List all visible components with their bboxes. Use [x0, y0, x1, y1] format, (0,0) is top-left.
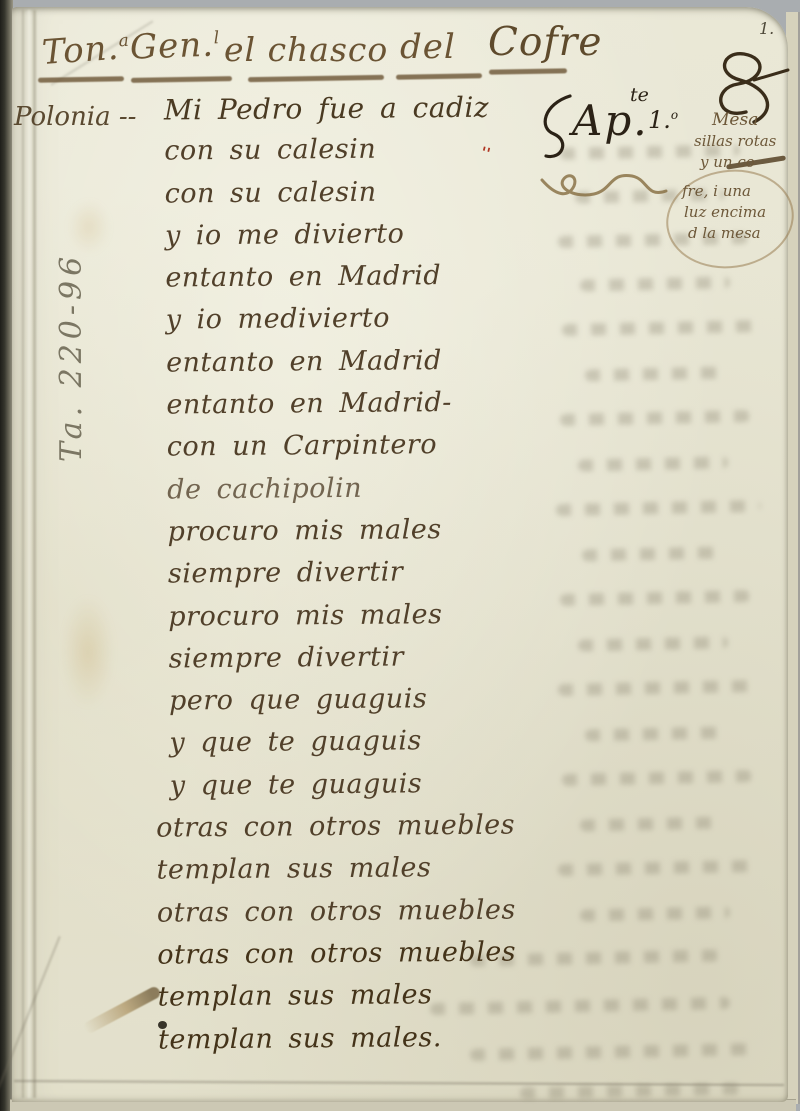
- props-note-line: luz encima: [684, 202, 798, 223]
- title-superscript: l: [213, 28, 220, 48]
- bleedthrough-text: [556, 500, 761, 516]
- lyric-line: de cachipolin: [167, 471, 512, 516]
- manuscript-scan: Ton.a Gen.l el chasco del Cofre 1. Polon…: [0, 0, 800, 1111]
- title-word-general: Gen.l: [129, 24, 221, 67]
- props-note-line: fre, i una: [682, 181, 798, 202]
- bleedthrough-text: [558, 860, 753, 876]
- props-note-line: sillas rotas: [694, 131, 798, 152]
- lyric-line: con un Carpintero: [167, 429, 512, 474]
- lyric-line: entanto en Madrid: [166, 344, 511, 389]
- title-word-tonadilla: Ton.a: [41, 27, 132, 73]
- props-note-line: y un co: [700, 152, 798, 173]
- fold-crease: [22, 10, 24, 1098]
- lyric-line: entanto en Madrid-: [166, 387, 511, 432]
- lyric-line: Mi Pedro fue a cadiz: [164, 91, 509, 136]
- title-underline: [248, 75, 384, 82]
- lyric-line: siempre divertir: [168, 556, 513, 601]
- bleedthrough-text: [585, 727, 720, 742]
- bleedthrough-text: [580, 816, 725, 831]
- lyric-line: y que te guaguis: [170, 767, 515, 812]
- title-underline: [131, 76, 232, 83]
- fold-crease: [0, 936, 61, 1099]
- speaker-label: Polonia --: [14, 102, 136, 132]
- title-word-cofre: Cofre: [488, 20, 602, 65]
- lyric-line: y io me divierto: [165, 217, 510, 262]
- bleedthrough-text: [520, 1083, 740, 1100]
- bleedthrough-text: [558, 680, 753, 696]
- bleedthrough-text: [560, 410, 750, 426]
- lyric-line: y io medivierto: [166, 302, 511, 347]
- lyrics-block: Mi Pedro fue a cadizcon su calesincon su…: [164, 91, 517, 1067]
- bleedthrough-text: [578, 456, 728, 471]
- props-note-line: d la mesa: [688, 223, 798, 244]
- bleedthrough-text: [580, 276, 730, 291]
- lyric-line: templan sus males: [158, 979, 517, 1024]
- lyric-line: con su calesin: [164, 133, 509, 178]
- bleedthrough-text: [562, 770, 752, 786]
- title-word-el-chasco: el chasco: [224, 30, 388, 69]
- title-underline: [38, 76, 124, 83]
- fold-crease: [28, 10, 30, 1098]
- paper-stain: [62, 596, 114, 708]
- lyric-line: entanto en Madrid: [165, 260, 510, 305]
- page-content: Ton.a Gen.l el chasco del Cofre 1. Polon…: [0, 0, 800, 1111]
- stage-props-note: Mesasillas rotasy un cofre, i unaluz enc…: [680, 110, 798, 244]
- title-underline: [489, 68, 567, 74]
- bleedthrough-text: [562, 320, 762, 336]
- lyric-line: procuro mis males: [167, 513, 512, 558]
- lyric-line: templan sus males.: [158, 1021, 517, 1066]
- lyric-line: procuro mis males: [168, 598, 513, 643]
- lyric-line: otras con otros muebles: [157, 936, 516, 981]
- shelfmark-vertical: Ta. 220-96: [54, 186, 89, 462]
- folio-number: 1.: [759, 19, 774, 38]
- bleedthrough-text: [580, 906, 730, 921]
- bleedthrough-text: [560, 590, 750, 606]
- bleedthrough-text: [582, 547, 722, 562]
- lyric-line: y que te guaguis: [169, 725, 514, 770]
- bleedthrough-text: [585, 367, 725, 382]
- lyric-line: con su calesin: [165, 175, 510, 220]
- lyric-line: otras con otros muebles: [157, 894, 516, 939]
- lyric-line: pero que guaguis: [169, 683, 514, 728]
- title-word-text: Ton.: [41, 28, 121, 73]
- lyric-line: templan sus males: [156, 852, 515, 897]
- lyric-line: otras con otros muebles: [156, 810, 515, 855]
- ink-smudge: [82, 985, 162, 1035]
- lyric-line: siempre divertir: [169, 640, 514, 685]
- title-underline: [396, 73, 482, 80]
- title-word-text: Gen.: [129, 25, 214, 68]
- props-note-line: Mesa: [712, 110, 798, 131]
- fold-crease: [33, 10, 36, 1098]
- title-word-del: del: [400, 27, 456, 67]
- bleedthrough-text: [578, 636, 728, 651]
